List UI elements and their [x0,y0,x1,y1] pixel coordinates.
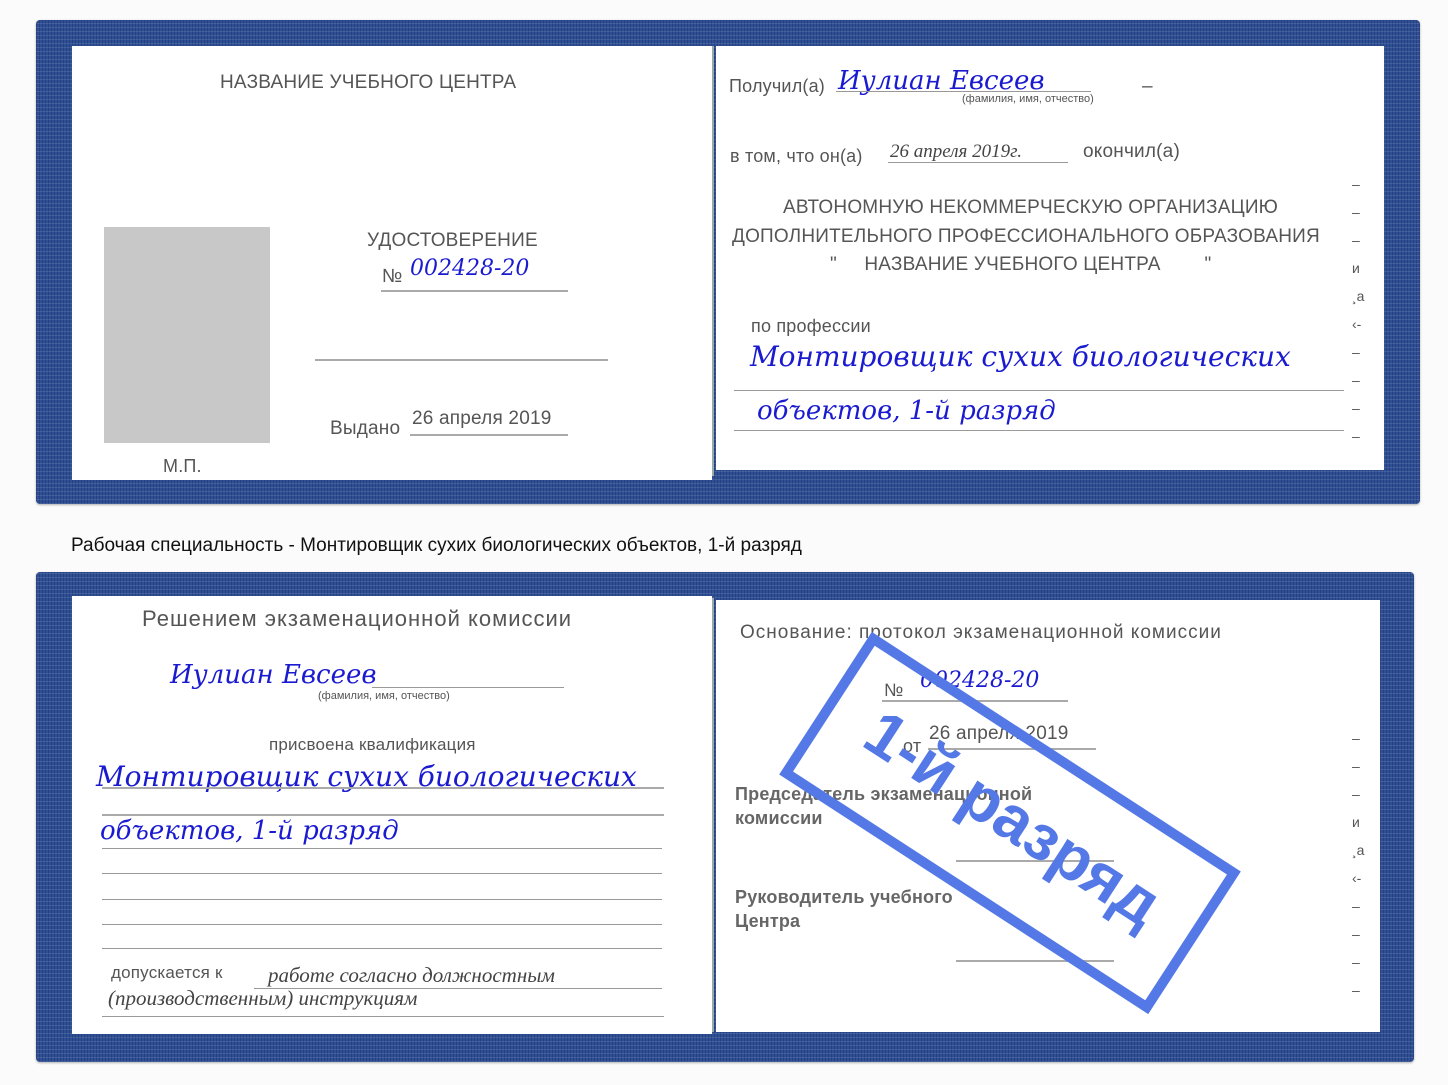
photo-placeholder [104,227,270,443]
recipient-name-hint: (фамилия, имя, отчество) [962,93,1094,105]
center-name: НАЗВАНИЕ УЧЕБНОГО ЦЕНТРА [220,72,516,94]
edge-mark: ‹- [1352,316,1361,332]
edge-mark: – [1352,730,1360,746]
number-underline [381,290,568,292]
head-label-2: Центра [735,911,800,932]
profession-label: по профессии [751,316,871,337]
issued-underline [410,434,568,436]
top-fold [712,46,714,476]
blank-line-2 [102,873,662,874]
edge-mark: ‹- [1352,870,1361,886]
edge-mark: – [1352,954,1360,970]
admitted-label: допускается к [111,963,223,983]
edge-mark: – [1352,926,1360,942]
edge-mark: – [1352,786,1360,802]
issued-label: Выдано [330,418,400,440]
signature-line [315,359,608,361]
profession-underline-2 [734,430,1344,431]
that-label: в том, что он(а) [730,146,863,167]
profession-underline-1 [734,390,1344,391]
chairman-label-2: комиссии [735,808,823,829]
recipient-underline [836,91,1091,92]
admitted-underline-2 [102,1016,664,1017]
completed-date-underline [888,162,1068,163]
blank-line-3 [102,899,662,900]
org-line-2: ДОПОЛНИТЕЛЬНОГО ПРОФЕССИОНАЛЬНОГО ОБРАЗО… [732,226,1320,248]
org-line-3: " НАЗВАНИЕ УЧЕБНОГО ЦЕНТРА " [830,254,1211,276]
blank-line-5 [102,948,662,949]
basis-title: Основание: протокол экзаменационной коми… [740,622,1222,644]
edge-mark: и [1352,260,1360,276]
edge-mark: и [1352,814,1360,830]
qualification-line-2: объектов, 1-й разряд [100,816,399,846]
qualification-underline-1 [102,787,664,789]
edge-mark: ¸а [1352,842,1364,858]
admitted-line-2: (производственным) инструкциям [108,986,417,1011]
org-line-1: АВТОНОМНУЮ НЕКОММЕРЧЕСКУЮ ОРГАНИЗАЦИЮ [783,197,1278,219]
edge-mark: – [1352,176,1360,192]
admitted-line-1: работе согласно должностным [268,963,555,988]
edge-mark: – [1352,758,1360,774]
completed-date: 26 апреля 2019г. [890,141,1022,163]
edge-mark: – [1352,204,1360,220]
edge-mark: – [1352,232,1360,248]
edge-mark: ¸а [1352,288,1364,304]
bottom-fold [712,598,714,1032]
specialty-caption: Рабочая специальность - Монтировщик сухи… [71,535,802,557]
edge-mark: – [1352,400,1360,416]
edge-mark: – [1352,372,1360,388]
graduate-name-underline [372,687,564,688]
edge-mark: – [1352,898,1360,914]
stamp-place-label: М.П. [163,456,202,477]
profession-line-1: Монтировщик сухих биологических [750,340,1291,373]
received-label: Получил(а) [729,76,825,97]
blank-line-4 [102,924,662,925]
profession-line-2: объектов, 1-й разряд [757,396,1056,426]
issued-date: 26 апреля 2019 [412,408,552,430]
graduate-name-hint: (фамилия, имя, отчество) [318,690,450,702]
head-label-1: Руководитель учебного [735,887,953,908]
number-prefix: № [382,266,403,288]
edge-mark: – [1352,982,1360,998]
qualification-label: присвоена квалификация [269,735,476,755]
dash: – [1142,76,1153,98]
certificate-number: 002428-20 [410,256,529,281]
completed-label: окончил(а) [1083,141,1180,163]
graduate-name: Иулиан Евсеев [170,660,377,690]
decision-title: Решением экзаменационной комиссии [142,606,572,632]
edge-mark: – [1352,344,1360,360]
edge-mark: – [1352,428,1360,444]
blank-line-1 [102,848,662,849]
doc-title: УДОСТОВЕРЕНИЕ [367,230,538,252]
